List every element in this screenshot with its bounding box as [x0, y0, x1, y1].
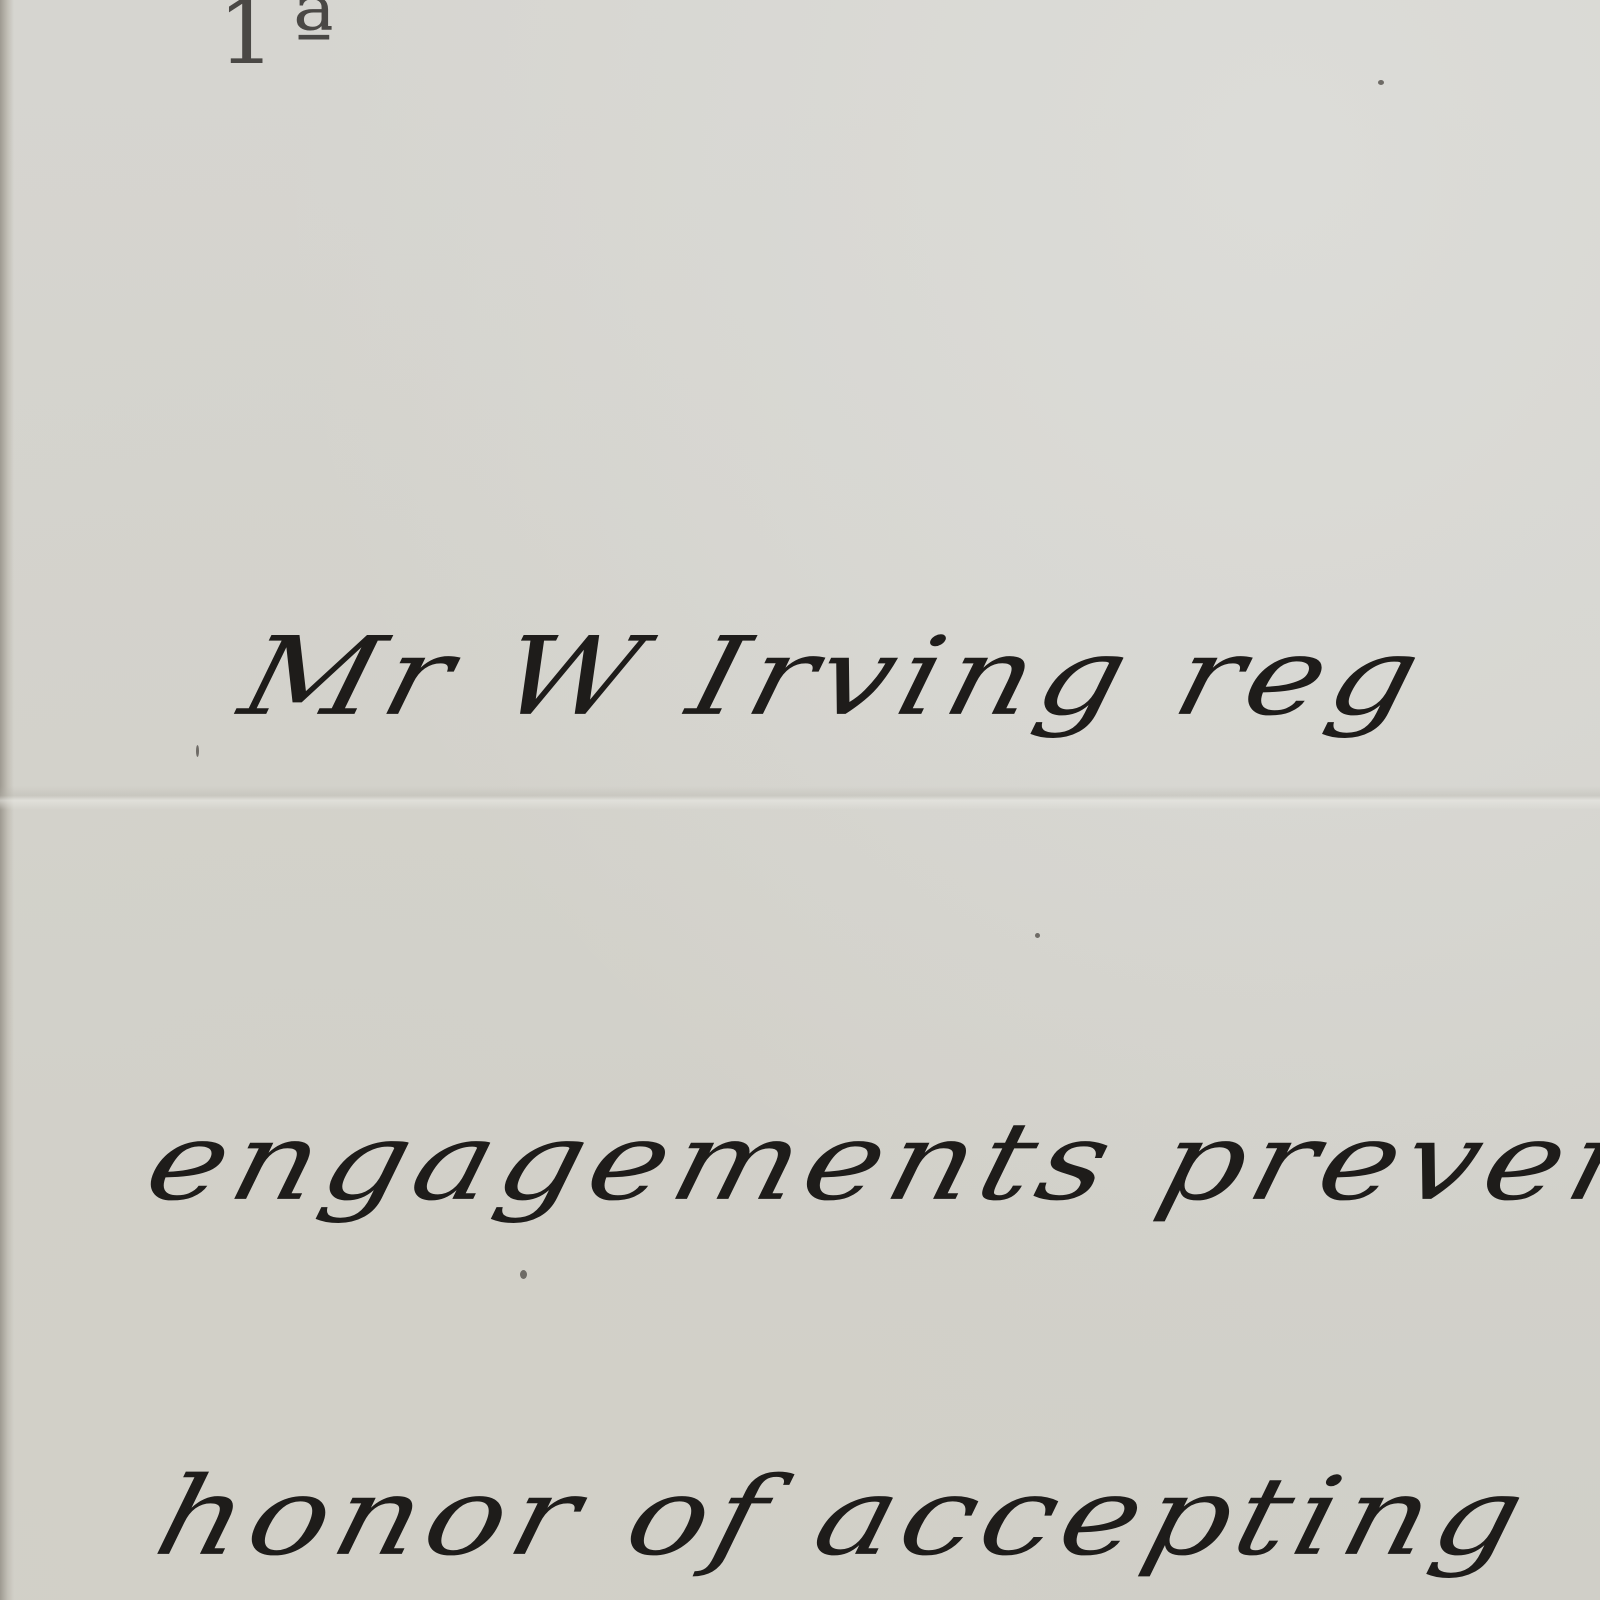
ink-speck [1035, 933, 1040, 938]
ink-speck [520, 1270, 527, 1279]
page-number-mark: 1ª [218, 0, 350, 85]
ink-speck [1378, 80, 1384, 85]
handwritten-line: honor of accepting [144, 1454, 1542, 1580]
ink-speck [196, 745, 199, 757]
paper-fold-line [0, 786, 1600, 810]
handwritten-line: Mr W Irving reg [229, 614, 1438, 740]
handwritten-line: engagements prevent [134, 1099, 1600, 1225]
